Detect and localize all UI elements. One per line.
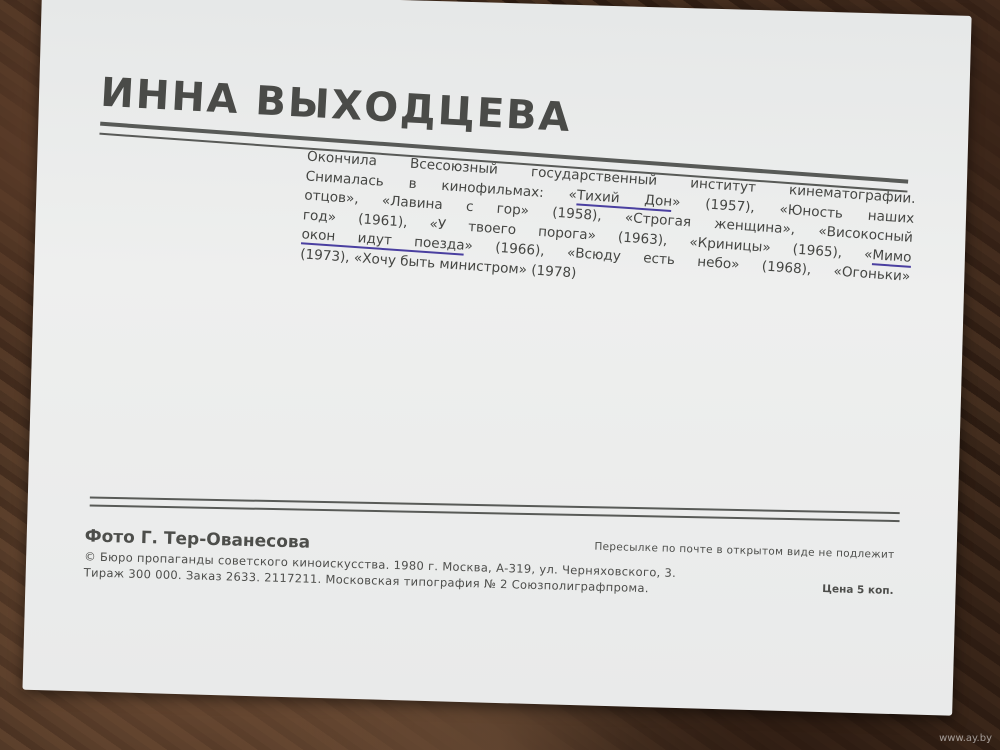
site-watermark: www.ay.by bbox=[939, 733, 992, 744]
postcard-footer: Фото Г. Тер-Ованесова © Бюро пропаганды … bbox=[84, 526, 905, 603]
footer-divider-rule bbox=[90, 497, 900, 523]
postcard-back: ИННА ВЫХОДЦЕВА Окончила Всесоюзный госуд… bbox=[22, 0, 971, 716]
price-label: Цена 5 коп. bbox=[822, 583, 894, 597]
biography-text: Окончила Всесоюзный государственный инст… bbox=[300, 147, 917, 306]
